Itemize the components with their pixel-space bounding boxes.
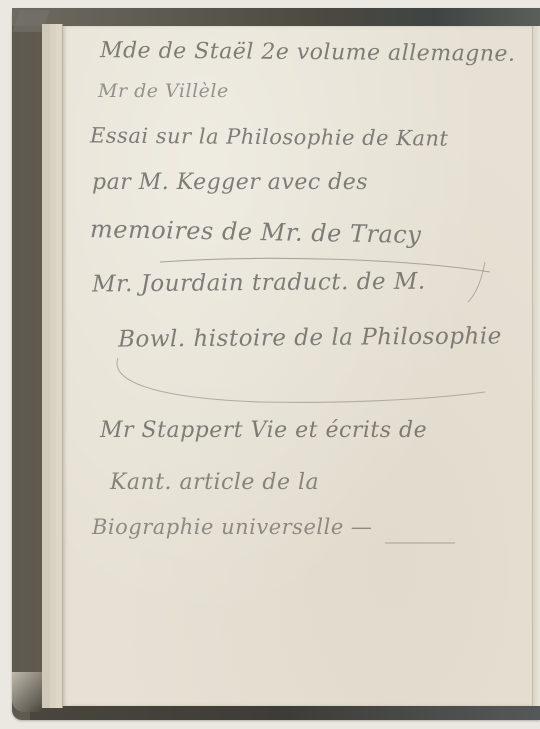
handwritten-line: Kant. article de la bbox=[110, 470, 319, 495]
handwritten-line: Mr de Villèle bbox=[98, 80, 229, 102]
handwritten-line: memoires de Mr. de Tracy bbox=[90, 215, 422, 249]
cover-bottom-edge bbox=[30, 706, 540, 720]
handwritten-line: Bowl. histoire de la Philosophie bbox=[118, 323, 502, 352]
cover-worn-corner-bottom bbox=[12, 672, 42, 712]
notebook-scan: Mde de Staël 2e volume allemagne. Mr de … bbox=[0, 0, 540, 729]
handwritten-line: Mr Stappert Vie et écrits de bbox=[100, 418, 427, 443]
handwritten-line: Biographie universelle — bbox=[92, 515, 372, 539]
cover-top-edge bbox=[12, 8, 540, 26]
handwritten-line: Essai sur la Philosophie de Kant bbox=[90, 123, 449, 150]
handwritten-line: par M. Kegger avec des bbox=[92, 170, 368, 195]
handwritten-line: Mr. Jourdain traduct. de M. bbox=[92, 269, 426, 298]
handwritten-line: Mde de Staël 2e volume allemagne. bbox=[100, 38, 516, 67]
page-right-edge bbox=[532, 26, 540, 706]
